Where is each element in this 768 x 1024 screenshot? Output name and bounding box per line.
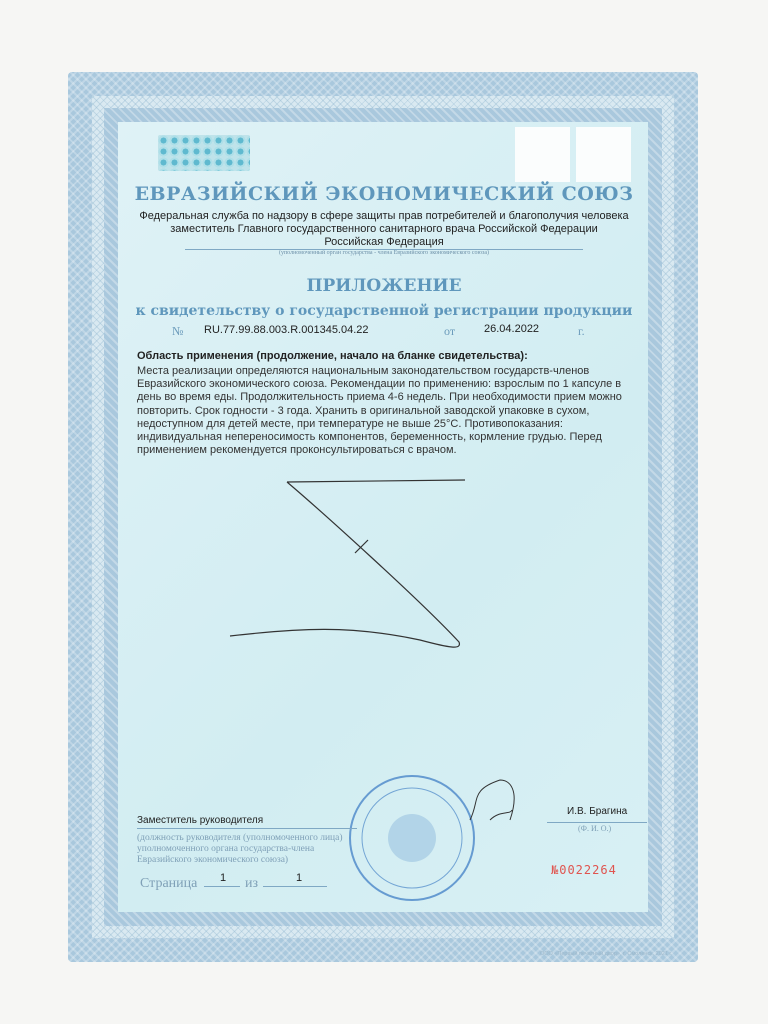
- printer-imprint: ООО «Первый печатный двор», г. Смоленск,…: [540, 951, 672, 957]
- divider: [204, 886, 240, 887]
- page-total: 1: [296, 872, 302, 884]
- page-label: Страница: [140, 876, 197, 892]
- serial-number: №0022264: [551, 863, 617, 877]
- signer-name: И.В. Брагина: [567, 806, 627, 817]
- signer-position: Заместитель руководителя: [137, 815, 263, 826]
- official-stamp: [0, 0, 768, 1024]
- page-of-label: из: [245, 876, 258, 892]
- divider: [137, 828, 357, 829]
- name-caption: (Ф. И. О.): [578, 824, 611, 833]
- divider: [263, 886, 327, 887]
- position-caption: (должность руководителя (уполномоченного…: [137, 833, 357, 866]
- page-current: 1: [220, 872, 226, 884]
- divider: [547, 822, 647, 823]
